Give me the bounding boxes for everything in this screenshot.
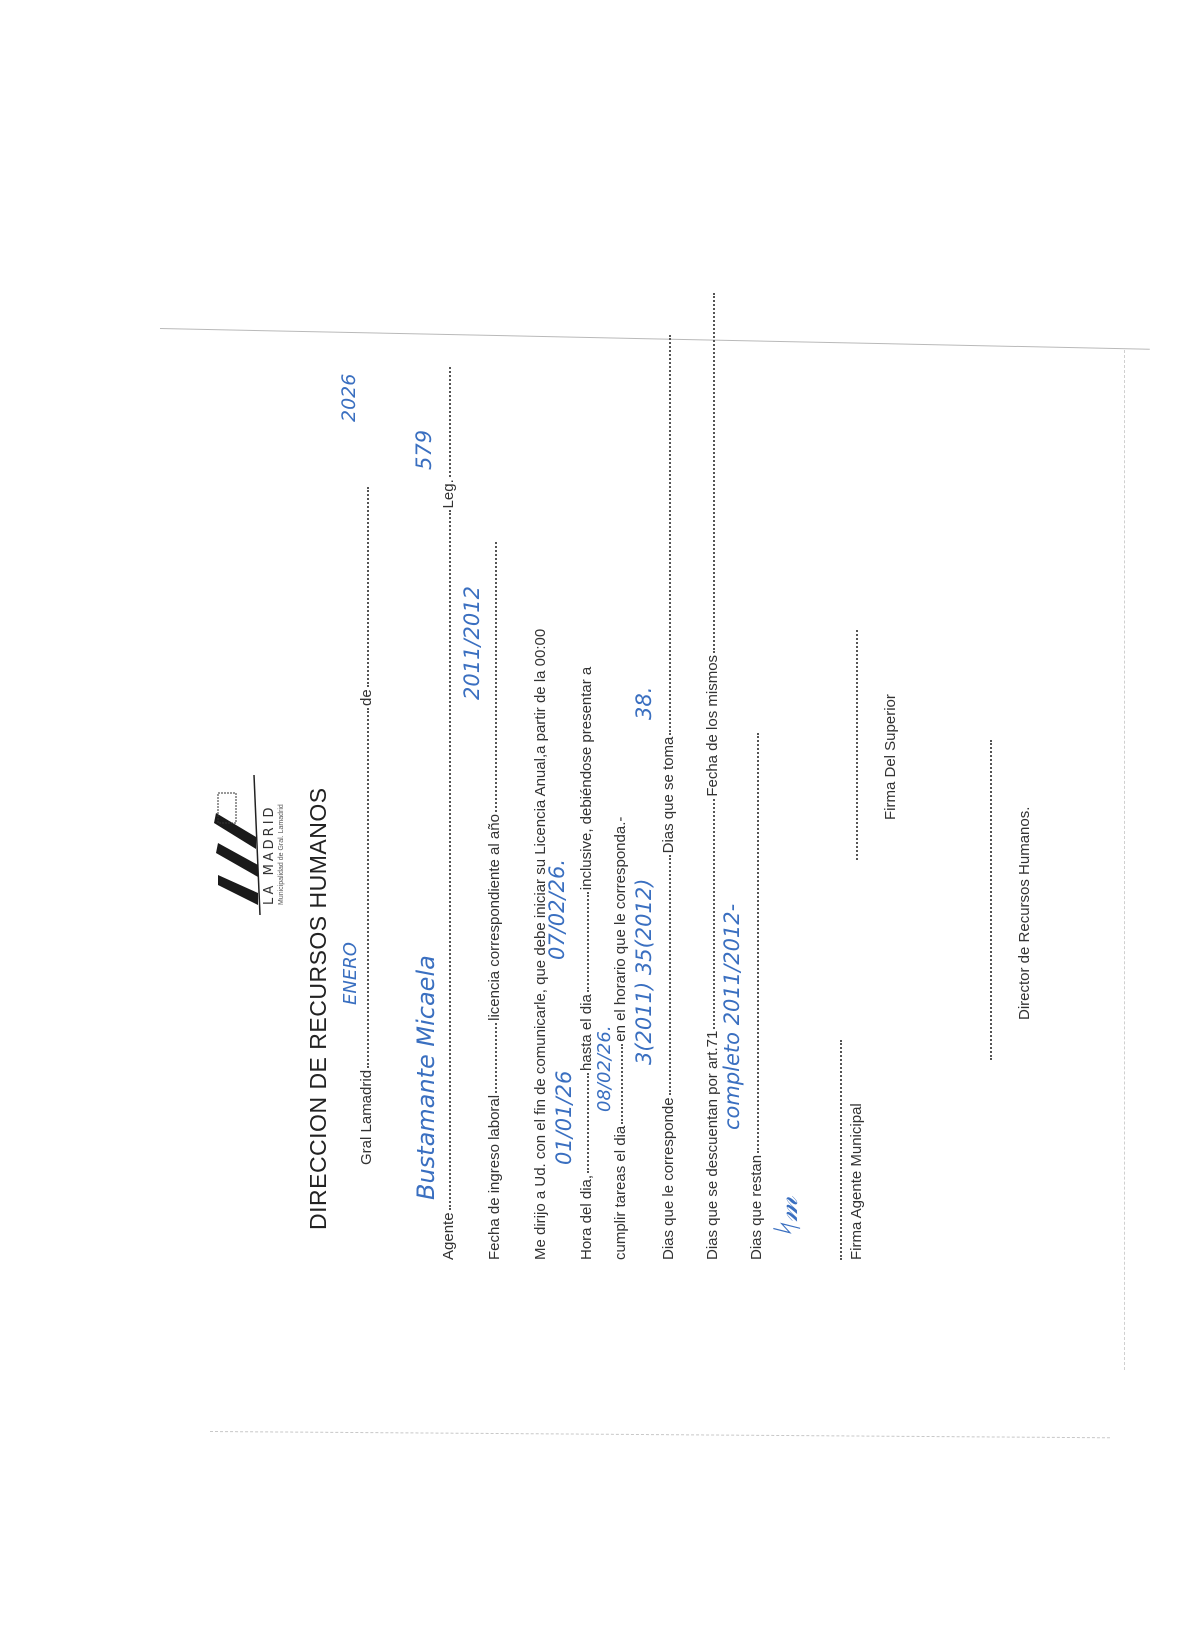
licencia-field[interactable] <box>495 542 497 812</box>
cumplir-label: cumplir tareas el dia <box>612 1126 629 1260</box>
descuentan-line: Dias que se descuentan por art.71 Fecha … <box>704 291 721 1260</box>
agent-field[interactable] <box>449 510 451 1210</box>
firma-agente-label: Firma Agente Municipal <box>848 1103 865 1260</box>
leg-value: 579 <box>412 430 436 470</box>
hasta-label: hasta el dia <box>578 994 595 1071</box>
desde-value: 01/01/26 <box>552 1071 576 1165</box>
firma-superior-label: Firma Del Superior <box>882 694 899 820</box>
logo-subtitle: Municipalidad de Gral. Lamadrid <box>278 804 285 905</box>
cumplir-value: 08/02/26. <box>594 1025 615 1112</box>
logo: LA MADRID Municipalidad de Gral. Lamadri… <box>210 755 290 915</box>
licencia-value: 2011/2012 <box>460 586 484 700</box>
director-label: Director de Recursos Humanos. <box>1016 807 1033 1020</box>
toma-value: 38. <box>632 687 656 720</box>
hora-line: Hora del dia, hasta el dia inclusive, de… <box>578 667 595 1260</box>
cut-line-bottom <box>210 1431 1110 1438</box>
date-line: Gral Lamadrid de <box>358 485 375 1165</box>
leave-form: LA MADRID Municipalidad de Gral. Lamadri… <box>300 360 1120 1260</box>
toma-field[interactable] <box>669 335 671 735</box>
restan-label: Dias que restan <box>748 1155 765 1260</box>
hasta-value: 07/02/26. <box>545 859 569 960</box>
agent-label: Agente <box>440 1212 457 1260</box>
licencia-label: licencia correspondiente al año <box>486 814 503 1021</box>
hora-label: Hora del dia, <box>578 1175 595 1260</box>
agent-signature: ᛋ𝓂 <box>770 1197 805 1240</box>
month-field[interactable] <box>367 708 369 1068</box>
year-label: de <box>358 689 375 706</box>
place-label: Gral Lamadrid <box>358 1070 375 1165</box>
leg-label: Leg. <box>440 479 457 508</box>
leg-field[interactable] <box>449 367 451 477</box>
corresponde-label: Dias que le corresponde <box>660 1097 677 1260</box>
municipality-logo-icon <box>210 775 262 915</box>
restan-field[interactable] <box>757 733 759 1153</box>
month-value: ENERO <box>340 942 361 1005</box>
year-field[interactable] <box>367 487 369 687</box>
fecha-mismos-label: Fecha de los mismos <box>704 655 721 797</box>
restan-value: completo 2011/2012- <box>720 904 744 1130</box>
inclusive-text: inclusive, debiéndose presentar a <box>578 667 595 890</box>
corresponde-field[interactable] <box>669 855 671 1095</box>
ingreso-line: Fecha de ingreso laboral licencia corres… <box>486 540 503 1260</box>
director-field[interactable] <box>990 740 992 1060</box>
ingreso-label: Fecha de ingreso laboral <box>486 1095 503 1260</box>
corresponde-value: 3(2011) 35(2012) <box>632 879 656 1065</box>
descuentan-field[interactable] <box>713 799 715 1029</box>
hasta-field[interactable] <box>587 892 589 992</box>
corresponde-line: Dias que le corresponde Dias que se toma <box>660 333 677 1260</box>
scanned-page: LA MADRID Municipalidad de Gral. Lamadri… <box>0 0 1200 1651</box>
page-title: DIRECCION DE RECURSOS HUMANOS <box>305 787 332 1230</box>
restan-line: Dias que restan <box>748 731 765 1260</box>
cut-line-right <box>1124 350 1125 1370</box>
logo-name: LA MADRID <box>262 804 277 905</box>
year-value: 2026 <box>338 374 360 422</box>
toma-label: Dias que se toma <box>660 737 677 854</box>
firma-agente-field[interactable] <box>840 1040 842 1260</box>
horario-text: en el horario que le corresponda.- <box>612 817 629 1042</box>
agent-line: Agente Leg. <box>440 365 457 1260</box>
desde-field[interactable] <box>587 1073 589 1173</box>
ingreso-field[interactable] <box>495 1023 497 1093</box>
agent-value: Bustamante Micaela <box>412 955 440 1200</box>
cumplir-field[interactable] <box>621 1044 623 1124</box>
firma-superior-field[interactable] <box>856 630 858 860</box>
descuentan-label: Dias que se descuentan por art.71 <box>704 1031 721 1260</box>
cut-line-top <box>160 328 1150 350</box>
fecha-mismos-field[interactable] <box>713 293 715 653</box>
